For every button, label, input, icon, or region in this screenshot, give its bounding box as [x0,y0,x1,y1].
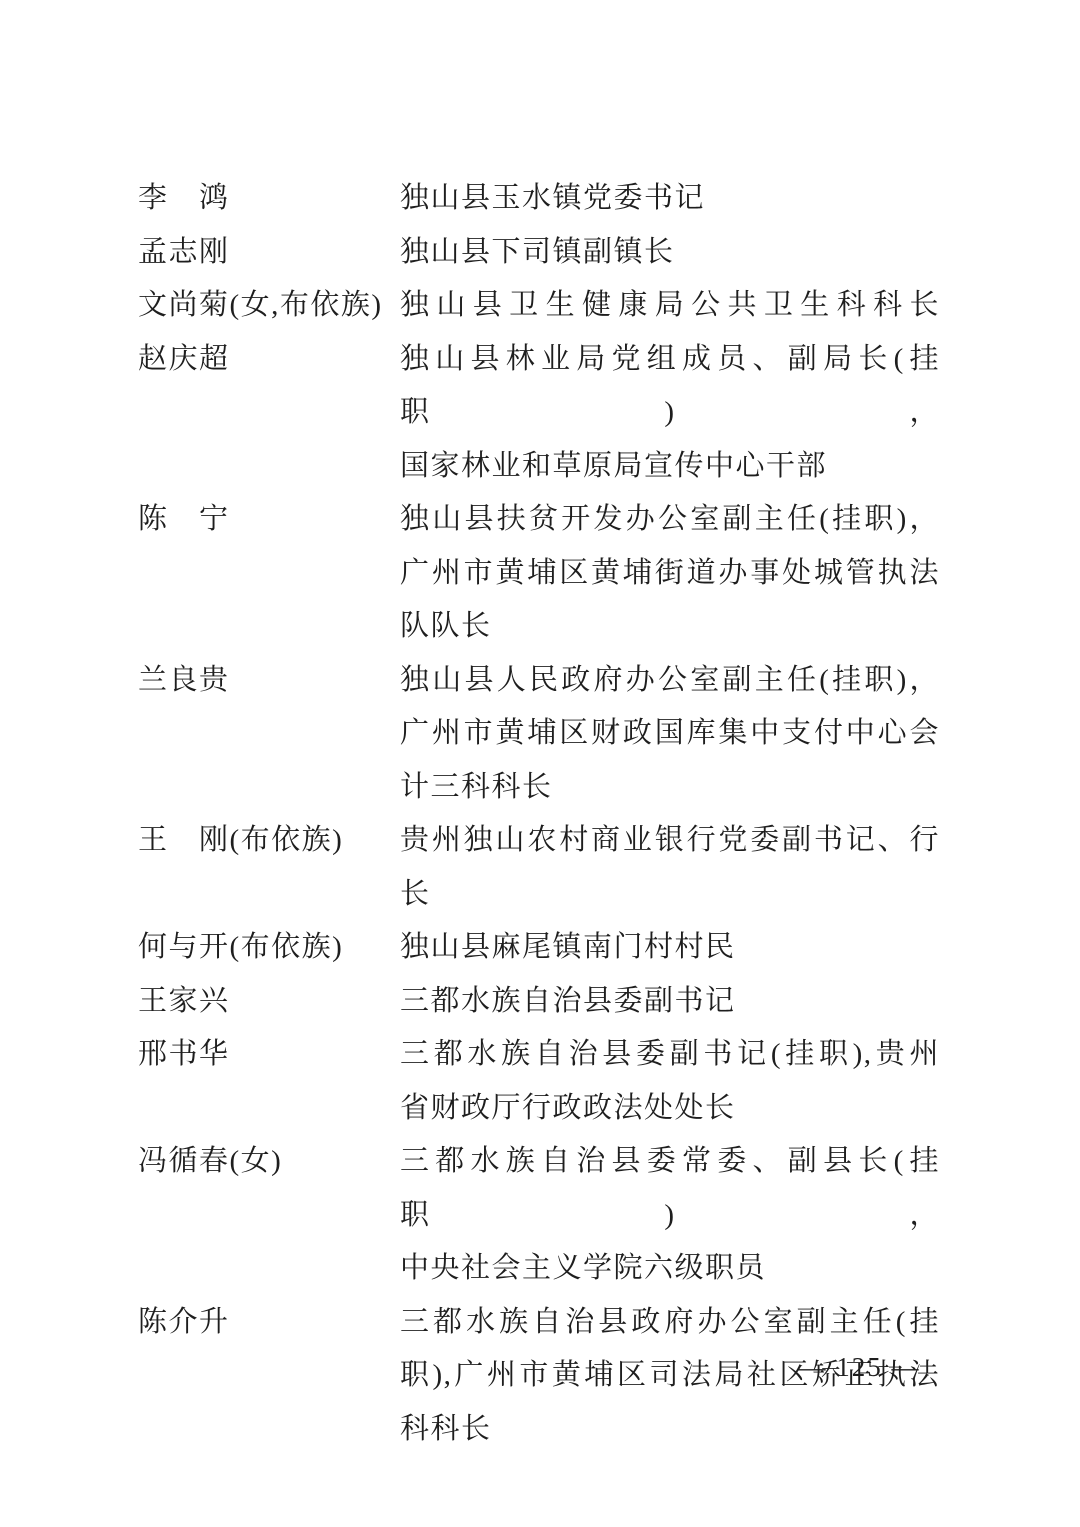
position-line: 独山县下司镇副镇长 [400,226,940,280]
person-position: 三都水族自治县委副书记(挂职),贵州省财政厅行政政法处处长 [400,1028,940,1135]
person-position: 独山县人民政府办公室副主任(挂职)，广州市黄埔区财政国库集中支付中心会计三科科长 [400,654,940,815]
position-line: 国家林业和草原局宣传中心干部 [400,440,940,494]
list-entry: 赵庆超独山县林业局党组成员、副局长(挂职)，国家林业和草原局宣传中心干部 [138,333,944,494]
list-entry: 邢书华三都水族自治县委副书记(挂职),贵州省财政厅行政政法处处长 [138,1028,944,1135]
position-line: 独山县麻尾镇南门村村民 [400,921,940,975]
person-name: 王家兴 [138,975,400,1029]
person-position: 三都水族自治县委常委、副县长(挂职)，中央社会主义学院六级职员 [400,1135,940,1296]
person-position: 独山县下司镇副镇长 [400,226,940,280]
person-position: 独山县扶贫开发办公室副主任(挂职)，广州市黄埔区黄埔街道办事处城管执法队队长 [400,493,940,654]
person-name: 陈 宁 [138,493,400,547]
position-line: 广州市黄埔区黄埔街道办事处城管执法 [400,547,940,601]
list-entry: 李 鸿独山县玉水镇党委书记 [138,172,944,226]
position-line: 独山县林业局党组成员、副局长(挂职)， [400,333,940,440]
person-name: 兰良贵 [138,654,400,708]
person-name: 邢书华 [138,1028,400,1082]
position-line: 三都水族自治县委副书记(挂职),贵州 [400,1028,940,1082]
position-line: 三都水族自治县委副书记 [400,975,940,1029]
list-entry: 陈 宁独山县扶贫开发办公室副主任(挂职)，广州市黄埔区黄埔街道办事处城管执法队队… [138,493,944,654]
position-line: 独山县卫生健康局公共卫生科科长 [400,279,940,333]
position-line: 独山县扶贫开发办公室副主任(挂职)， [400,493,940,547]
position-line: 三都水族自治县委常委、副县长(挂职)， [400,1135,940,1242]
person-position: 独山县卫生健康局公共卫生科科长 [400,279,940,333]
list-entry: 孟志刚独山县下司镇副镇长 [138,226,944,280]
person-name: 赵庆超 [138,333,400,387]
list-entry: 兰良贵独山县人民政府办公室副主任(挂职)，广州市黄埔区财政国库集中支付中心会计三… [138,654,944,815]
person-name: 冯循春(女) [138,1135,400,1189]
appointment-list: 李 鸿独山县玉水镇党委书记孟志刚独山县下司镇副镇长文尚菊(女,布依族)独山县卫生… [138,172,944,1456]
position-line: 独山县玉水镇党委书记 [400,172,940,226]
person-name: 何与开(布依族) [138,921,400,975]
position-line: 队队长 [400,600,940,654]
person-position: 独山县玉水镇党委书记 [400,172,940,226]
person-name: 孟志刚 [138,226,400,280]
person-position: 三都水族自治县委副书记 [400,975,940,1029]
list-entry: 王 刚(布依族)贵州独山农村商业银行党委副书记、行长 [138,814,944,921]
position-line: 计三科科长 [400,761,940,815]
person-position: 贵州独山农村商业银行党委副书记、行长 [400,814,940,921]
person-name: 王 刚(布依族) [138,814,400,868]
person-position: 独山县麻尾镇南门村村民 [400,921,940,975]
position-line: 贵州独山农村商业银行党委副书记、行长 [400,814,940,921]
document-page: 李 鸿独山县玉水镇党委书记孟志刚独山县下司镇副镇长文尚菊(女,布依族)独山县卫生… [0,0,1080,1527]
list-entry: 何与开(布依族)独山县麻尾镇南门村村民 [138,921,944,975]
position-line: 三都水族自治县政府办公室副主任(挂 [400,1296,940,1350]
position-line: 科科长 [400,1403,940,1457]
list-entry: 王家兴三都水族自治县委副书记 [138,975,944,1029]
person-name: 陈介升 [138,1296,400,1350]
position-line: 省财政厅行政政法处处长 [400,1082,940,1136]
position-line: 中央社会主义学院六级职员 [400,1242,940,1296]
list-entry: 冯循春(女)三都水族自治县委常委、副县长(挂职)，中央社会主义学院六级职员 [138,1135,944,1296]
list-entry: 文尚菊(女,布依族)独山县卫生健康局公共卫生科科长 [138,279,944,333]
position-line: 独山县人民政府办公室副主任(挂职)， [400,654,940,708]
person-name: 李 鸿 [138,172,400,226]
page-number: — 125 — [757,1352,962,1383]
person-position: 独山县林业局党组成员、副局长(挂职)，国家林业和草原局宣传中心干部 [400,333,940,494]
person-name: 文尚菊(女,布依族) [138,279,400,333]
position-line: 广州市黄埔区财政国库集中支付中心会 [400,707,940,761]
